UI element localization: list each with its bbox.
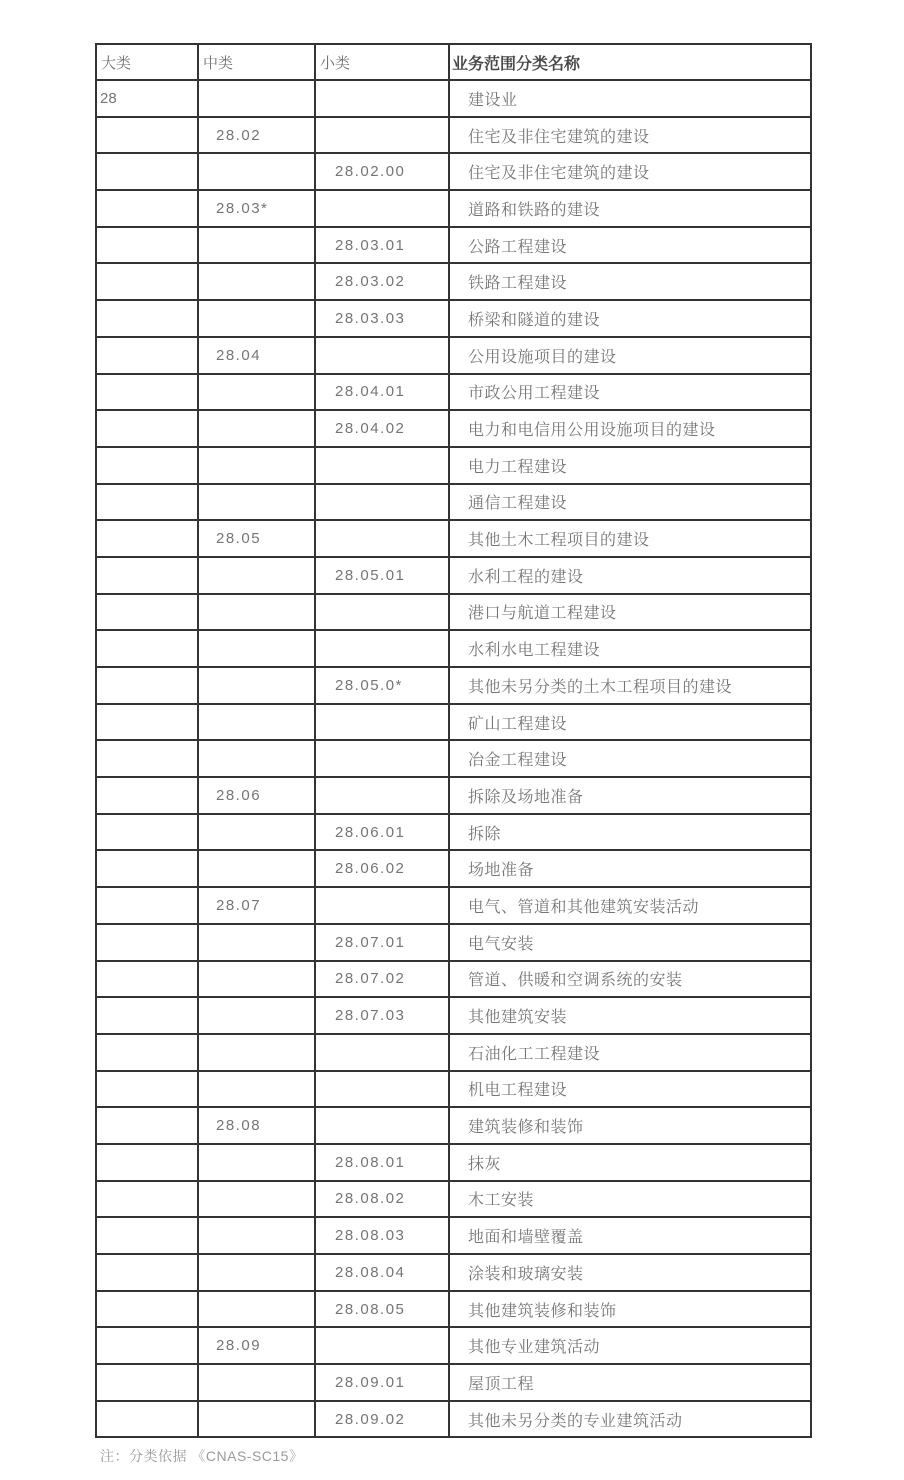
table-row: 28.09其他专业建筑活动 [96,1327,811,1364]
header-row: 大类 中类 小类 业务范围分类名称 [96,44,811,80]
cell-major [96,704,198,741]
table-row: 冶金工程建设 [96,740,811,777]
classification-table-container: 大类 中类 小类 业务范围分类名称 28建设业28.02住宅及非住宅建筑的建设2… [95,43,812,1438]
cell-minor [315,1107,449,1144]
table-row: 28.02住宅及非住宅建筑的建设 [96,117,811,154]
cell-name: 涂装和玻璃安装 [449,1254,811,1291]
cell-minor [315,887,449,924]
cell-major [96,740,198,777]
cell-mid [198,1144,315,1181]
cell-major [96,484,198,521]
table-row: 28.05.01水利工程的建设 [96,557,811,594]
cell-major [96,520,198,557]
table-row: 28.03.03桥梁和隧道的建设 [96,300,811,337]
cell-mid: 28.03* [198,190,315,227]
classification-footnote: 注：分类依据 《CNAS-SC15》 [100,1446,303,1466]
table-row: 28.08.03地面和墙壁覆盖 [96,1217,811,1254]
cell-name: 管道、供暖和空调系统的安装 [449,961,811,998]
cell-name: 矿山工程建设 [449,704,811,741]
cell-major [96,227,198,264]
table-row: 28.04.02电力和电信用公用设施项目的建设 [96,410,811,447]
cell-major: 28 [96,80,198,117]
table-row: 28.03.01公路工程建设 [96,227,811,264]
table-header: 大类 中类 小类 业务范围分类名称 [96,44,811,80]
cell-mid [198,1034,315,1071]
table-row: 28.04公用设施项目的建设 [96,337,811,374]
cell-major [96,557,198,594]
cell-name: 抹灰 [449,1144,811,1181]
table-row: 通信工程建设 [96,484,811,521]
cell-major [96,594,198,631]
cell-major [96,777,198,814]
cell-mid [198,814,315,851]
cell-major [96,1071,198,1108]
cell-name: 公路工程建设 [449,227,811,264]
cell-mid [198,1181,315,1218]
cell-major [96,374,198,411]
cell-major [96,1144,198,1181]
cell-name: 道路和铁路的建设 [449,190,811,227]
cell-mid [198,1254,315,1291]
cell-minor [315,447,449,484]
cell-name: 其他未另分类的土木工程项目的建设 [449,667,811,704]
cell-mid [198,997,315,1034]
cell-name: 其他专业建筑活动 [449,1327,811,1364]
cell-minor [315,1071,449,1108]
cell-minor [315,117,449,154]
cell-minor: 28.07.03 [315,997,449,1034]
cell-mid [198,484,315,521]
header-major-class: 大类 [96,44,198,80]
cell-name: 其他建筑安装 [449,997,811,1034]
cell-mid [198,410,315,447]
cell-name: 地面和墙壁覆盖 [449,1217,811,1254]
cell-major [96,1034,198,1071]
cell-major [96,1364,198,1401]
cell-major [96,190,198,227]
cell-mid [198,704,315,741]
cell-mid: 28.05 [198,520,315,557]
cell-minor: 28.03.03 [315,300,449,337]
cell-major [96,300,198,337]
table-row: 28.03*道路和铁路的建设 [96,190,811,227]
cell-name: 拆除及场地准备 [449,777,811,814]
cell-mid [198,1217,315,1254]
cell-minor [315,80,449,117]
classification-table: 大类 中类 小类 业务范围分类名称 28建设业28.02住宅及非住宅建筑的建设2… [95,43,812,1438]
cell-major [96,410,198,447]
table-row: 水利水电工程建设 [96,630,811,667]
cell-major [96,1217,198,1254]
cell-major [96,1181,198,1218]
cell-mid [198,1364,315,1401]
cell-minor: 28.06.02 [315,850,449,887]
table-row: 28.06拆除及场地准备 [96,777,811,814]
table-row: 28.08.01抹灰 [96,1144,811,1181]
cell-minor: 28.06.01 [315,814,449,851]
cell-mid [198,557,315,594]
cell-mid: 28.04 [198,337,315,374]
cell-name: 拆除 [449,814,811,851]
table-row: 28.09.02其他未另分类的专业建筑活动 [96,1401,811,1438]
cell-minor: 28.07.02 [315,961,449,998]
cell-name: 木工安装 [449,1181,811,1218]
table-row: 28.05.0*其他未另分类的土木工程项目的建设 [96,667,811,704]
table-row: 28.03.02铁路工程建设 [96,263,811,300]
table-row: 28.08建筑装修和装饰 [96,1107,811,1144]
table-row: 28.07.02管道、供暖和空调系统的安装 [96,961,811,998]
cell-name: 其他未另分类的专业建筑活动 [449,1401,811,1438]
cell-name: 铁路工程建设 [449,263,811,300]
cell-minor [315,520,449,557]
cell-minor: 28.07.01 [315,924,449,961]
cell-mid [198,1291,315,1328]
cell-mid [198,153,315,190]
cell-name: 石油化工工程建设 [449,1034,811,1071]
header-business-scope-name: 业务范围分类名称 [449,44,811,80]
cell-minor: 28.09.01 [315,1364,449,1401]
cell-major [96,153,198,190]
cell-name: 其他土木工程项目的建设 [449,520,811,557]
cell-minor: 28.08.02 [315,1181,449,1218]
cell-major [96,667,198,704]
table-row: 机电工程建设 [96,1071,811,1108]
cell-name: 港口与航道工程建设 [449,594,811,631]
cell-mid [198,80,315,117]
cell-minor: 28.03.01 [315,227,449,264]
cell-major [96,1327,198,1364]
cell-minor: 28.08.04 [315,1254,449,1291]
cell-minor: 28.05.0* [315,667,449,704]
cell-minor: 28.09.02 [315,1401,449,1438]
cell-name: 电力和电信用公用设施项目的建设 [449,410,811,447]
cell-major [96,924,198,961]
table-row: 港口与航道工程建设 [96,594,811,631]
table-row: 28.07电气、管道和其他建筑安装活动 [96,887,811,924]
table-row: 28建设业 [96,80,811,117]
cell-major [96,1254,198,1291]
cell-mid [198,447,315,484]
cell-minor [315,484,449,521]
cell-name: 机电工程建设 [449,1071,811,1108]
cell-name: 公用设施项目的建设 [449,337,811,374]
table-row: 28.08.02木工安装 [96,1181,811,1218]
cell-mid: 28.02 [198,117,315,154]
cell-name: 住宅及非住宅建筑的建设 [449,117,811,154]
cell-minor [315,190,449,227]
header-middle-class: 中类 [198,44,315,80]
table-row: 28.09.01屋顶工程 [96,1364,811,1401]
table-row: 28.06.02场地准备 [96,850,811,887]
cell-name: 住宅及非住宅建筑的建设 [449,153,811,190]
cell-minor: 28.04.02 [315,410,449,447]
cell-major [96,447,198,484]
cell-major [96,117,198,154]
cell-name: 场地准备 [449,850,811,887]
cell-name: 建筑装修和装饰 [449,1107,811,1144]
cell-minor: 28.05.01 [315,557,449,594]
cell-name: 桥梁和隧道的建设 [449,300,811,337]
cell-minor: 28.02.00 [315,153,449,190]
cell-mid [198,667,315,704]
cell-mid: 28.07 [198,887,315,924]
cell-minor [315,704,449,741]
table-row: 28.07.03其他建筑安装 [96,997,811,1034]
cell-mid [198,1401,315,1438]
cell-name: 水利水电工程建设 [449,630,811,667]
cell-mid: 28.06 [198,777,315,814]
cell-minor: 28.08.03 [315,1217,449,1254]
cell-name: 屋顶工程 [449,1364,811,1401]
cell-mid [198,1071,315,1108]
cell-name: 通信工程建设 [449,484,811,521]
table-row: 电力工程建设 [96,447,811,484]
cell-major [96,887,198,924]
cell-name: 市政公用工程建设 [449,374,811,411]
cell-mid: 28.08 [198,1107,315,1144]
cell-minor: 28.08.05 [315,1291,449,1328]
cell-mid [198,850,315,887]
table-row: 石油化工工程建设 [96,1034,811,1071]
cell-name: 电力工程建设 [449,447,811,484]
cell-minor [315,594,449,631]
header-minor-class: 小类 [315,44,449,80]
cell-minor: 28.03.02 [315,263,449,300]
cell-major [96,1401,198,1438]
cell-minor: 28.04.01 [315,374,449,411]
cell-name: 电气安装 [449,924,811,961]
cell-minor [315,630,449,667]
table-row: 28.06.01拆除 [96,814,811,851]
cell-name: 水利工程的建设 [449,557,811,594]
cell-major [96,630,198,667]
cell-major [96,1291,198,1328]
cell-mid [198,300,315,337]
cell-mid [198,227,315,264]
cell-name: 电气、管道和其他建筑安装活动 [449,887,811,924]
table-row: 28.05其他土木工程项目的建设 [96,520,811,557]
cell-minor [315,740,449,777]
cell-minor [315,1327,449,1364]
cell-major [96,263,198,300]
table-row: 28.04.01市政公用工程建设 [96,374,811,411]
cell-mid [198,740,315,777]
cell-mid [198,594,315,631]
table-row: 28.07.01电气安装 [96,924,811,961]
table-body: 28建设业28.02住宅及非住宅建筑的建设28.02.00住宅及非住宅建筑的建设… [96,80,811,1437]
table-row: 28.08.04涂装和玻璃安装 [96,1254,811,1291]
cell-mid: 28.09 [198,1327,315,1364]
cell-major [96,850,198,887]
cell-mid [198,630,315,667]
table-row: 28.08.05其他建筑装修和装饰 [96,1291,811,1328]
cell-mid [198,924,315,961]
cell-name: 其他建筑装修和装饰 [449,1291,811,1328]
table-row: 28.02.00住宅及非住宅建筑的建设 [96,153,811,190]
cell-major [96,1107,198,1144]
cell-minor: 28.08.01 [315,1144,449,1181]
cell-major [96,997,198,1034]
cell-major [96,961,198,998]
cell-mid [198,374,315,411]
cell-major [96,814,198,851]
table-row: 矿山工程建设 [96,704,811,741]
cell-major [96,337,198,374]
cell-mid [198,961,315,998]
cell-minor [315,1034,449,1071]
cell-mid [198,263,315,300]
cell-minor [315,337,449,374]
cell-name: 建设业 [449,80,811,117]
cell-name: 冶金工程建设 [449,740,811,777]
cell-minor [315,777,449,814]
